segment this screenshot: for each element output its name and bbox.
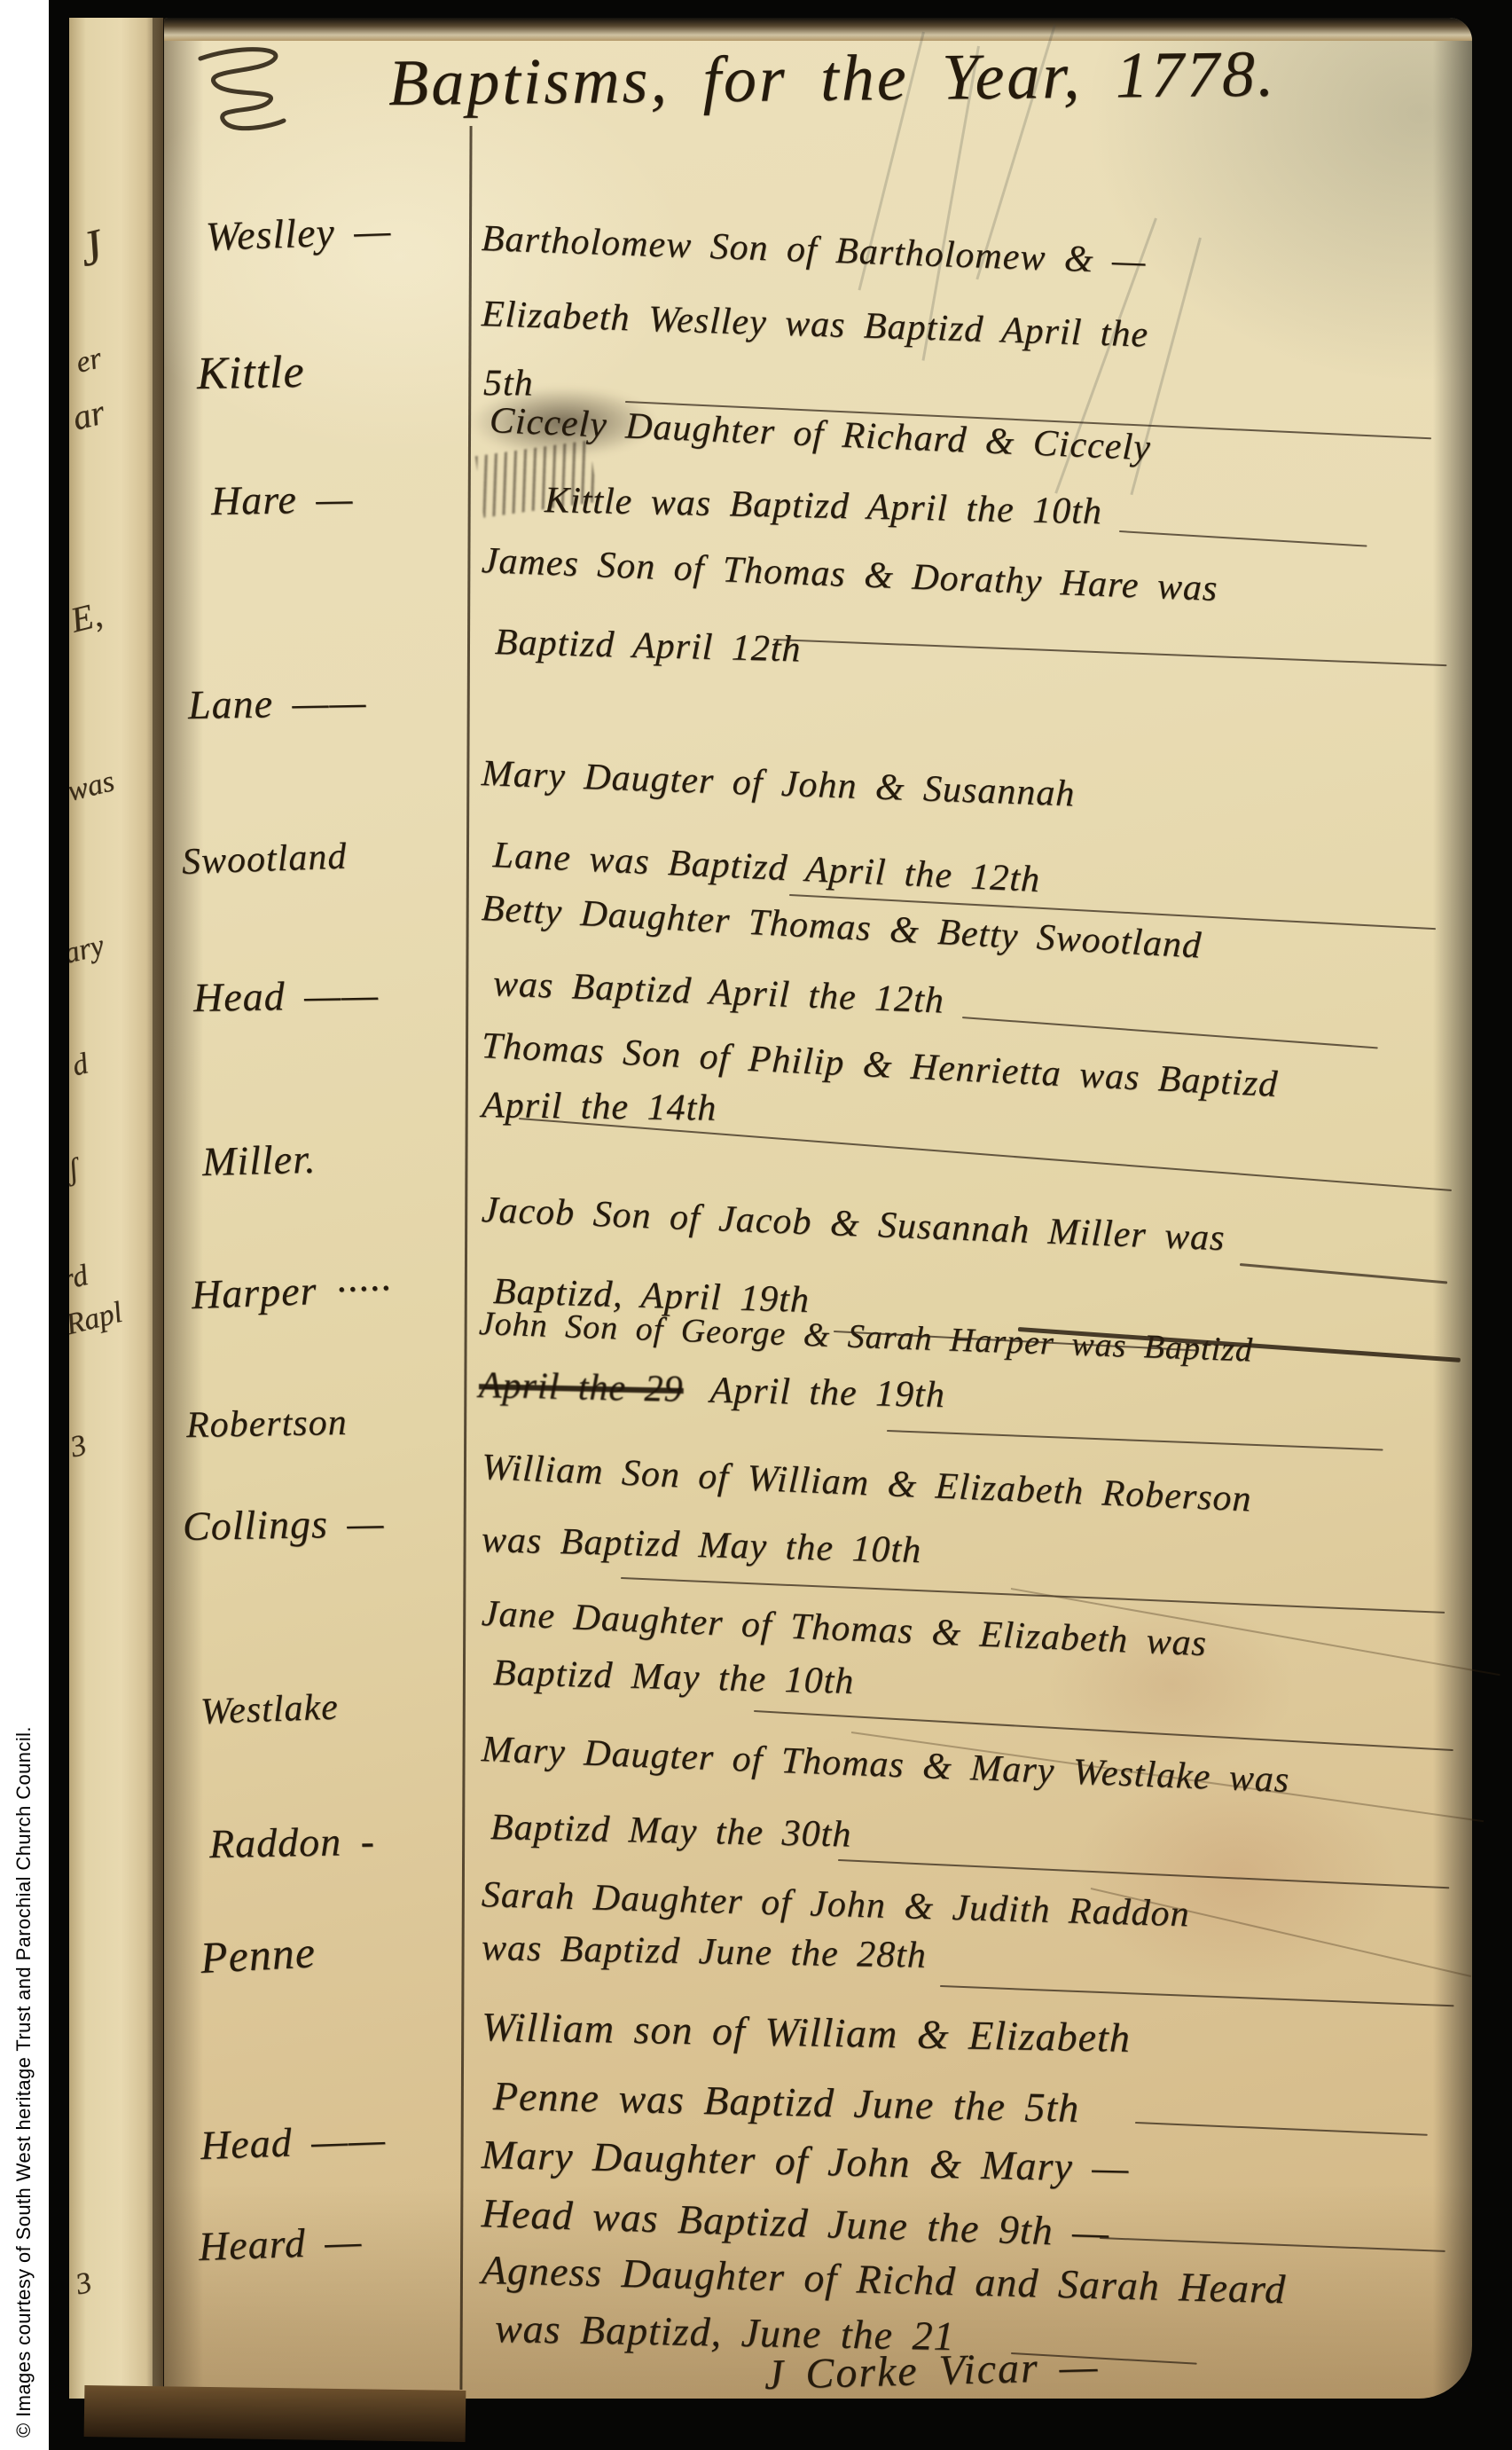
margin-surname: Raddon - — [209, 1818, 376, 1867]
facing-page-fragment: E, — [69, 593, 106, 641]
entry-line: was Baptizd June the 28th — [482, 1927, 928, 1977]
struck-out-date: April the 29 — [479, 1365, 685, 1410]
margin-surname: Collings — — [183, 1499, 385, 1550]
facing-page-fragment: J — [74, 218, 109, 279]
facing-page-fragment: ʃ — [69, 1152, 82, 1187]
entry-line: Baptizd May the 30th — [490, 1806, 851, 1857]
facing-page-fragment: ar — [69, 390, 109, 438]
facing-page-fragment: Rapl — [69, 1296, 126, 1342]
copyright-text: © Images courtesy of South West heritage… — [12, 1187, 35, 2438]
facing-page-fragment: 3 — [73, 2266, 96, 2303]
facing-page-fragment: was — [69, 765, 118, 809]
facing-page-fragment: er — [73, 342, 106, 381]
facing-page-edge: J er ar E, was ary d ʃ rd Rapl 3 3 — [69, 18, 163, 2399]
margin-surname: Weslley — — [205, 207, 392, 260]
facing-page-fragment: 3 — [69, 1429, 90, 1465]
margin-surname: Westlake — [200, 1686, 339, 1733]
margin-surname: Heard — — [198, 2218, 363, 2270]
margin-surname: Kittle — [196, 346, 305, 400]
entry-line: Baptizd May the 10th — [492, 1652, 855, 1703]
copyright-strip: © Images courtesy of South West heritage… — [0, 0, 49, 2450]
margin-surname: Harper ····· — [191, 1264, 392, 1318]
margin-surname: Hare — — [211, 475, 354, 524]
margin-surname: Swootland — [181, 836, 348, 883]
facing-page-fragment: ary — [69, 929, 107, 971]
page-title: Baptisms, for the Year, 1778. — [388, 37, 1277, 122]
margin-surname: Head —— — [200, 2116, 387, 2169]
margin-surname: Lane —— — [188, 678, 367, 728]
entry-line: April the 14th — [482, 1084, 717, 1130]
entry-line: Baptizd April 12th — [494, 621, 802, 671]
manuscript-photo: © Images courtesy of South West heritage… — [0, 0, 1512, 2450]
facing-page-fragment: rd — [69, 1259, 91, 1298]
margin-surname: Head —— — [193, 970, 380, 1021]
vicar-signature: J Corke Vicar — — [764, 2342, 1100, 2399]
corrected-date: April the 19th — [709, 1370, 945, 1416]
margin-surname: Miller. — [201, 1135, 317, 1185]
margin-surname: Robertson — [186, 1402, 348, 1447]
book-bottom-edge — [84, 2385, 466, 2442]
margin-surname: Penne — [199, 1926, 317, 1983]
facing-page-fragment: d — [69, 1048, 91, 1084]
ink-flourish — [188, 43, 303, 140]
